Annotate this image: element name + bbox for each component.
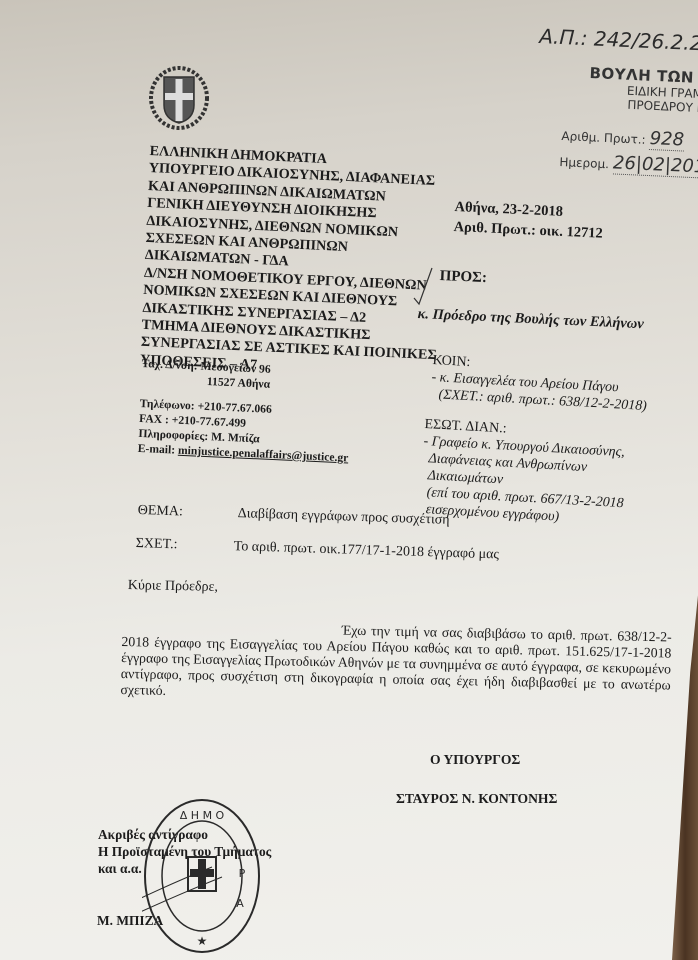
letter-body: Έχω την τιμή να σας διαβιβάσω το αριθ. π… bbox=[120, 618, 672, 710]
internal-distribution-block: ΕΣΩΤ. ΔΙΑΝ.: - Γραφείο κ. Υπουργού Δικαι… bbox=[419, 416, 628, 529]
stamp-protocol-label: Αριθμ. Πρωτ.: bbox=[561, 129, 646, 147]
greek-coat-of-arms-icon bbox=[148, 65, 210, 131]
checkmark-icon bbox=[412, 266, 434, 306]
svg-text:★: ★ bbox=[197, 934, 208, 948]
signature-name: ΣΤΑΥΡΟΣ Ν. ΚΟΝΤΟΝΗΣ bbox=[396, 791, 557, 807]
stamp-date-label: Ημερομ. bbox=[559, 155, 609, 171]
stamp-protocol-value: 928 bbox=[649, 128, 684, 152]
svg-text:Ρ: Ρ bbox=[239, 867, 246, 880]
to-label: ΠΡΟΣ: bbox=[439, 268, 487, 287]
phone-label: Τηλέφωνο: bbox=[140, 397, 195, 412]
svg-text:Δ Η Μ Ο: Δ Η Μ Ο bbox=[180, 809, 225, 822]
svg-text:Α: Α bbox=[236, 897, 244, 910]
body-paragraph: Έχω την τιμή να σας διαβιβάσω το αριθ. π… bbox=[120, 618, 672, 710]
official-seal-icon: Δ Η Μ Ο Ρ Α ★ bbox=[142, 797, 262, 955]
reference-label: ΣΧΕΤ.: bbox=[135, 536, 233, 555]
subject-label: ΘΕΜΑ: bbox=[137, 503, 237, 522]
contact-block: Ταχ. Δ/νση: Μεσογείων 96 11527 Αθήνα Τηλ… bbox=[137, 356, 352, 465]
email-label: E-mail: bbox=[138, 442, 176, 457]
parliament-stamp: ΒΟΥΛΗ ΤΩΝ ΕΛΛΗΝΩΝ ΕΙΔΙΚΗ ΓΡΑΜΜΑΤΕΙΑ ΠΡΟΕ… bbox=[588, 64, 698, 119]
fax-label: FAX : bbox=[139, 412, 169, 426]
salutation: Κύριε Πρόεδρε, bbox=[128, 578, 218, 596]
ministry-header: ΕΛΛΗΝΙΚΗ ΔΗΜΟΚΡΑΤΙΑ ΥΠΟΥΡΓΕΙΟ ΔΙΚΑΙΟΣΥΝΗ… bbox=[140, 143, 446, 382]
signature-title: Ο ΥΠΟΥΡΓΟΣ bbox=[430, 752, 520, 768]
dateline: Αθήνα, 23-2-2018 Αριθ. Πρωτ.: οικ. 12712 bbox=[453, 197, 604, 244]
info-value: Μ. Μπίζα bbox=[211, 430, 260, 445]
address-label: Ταχ. Δ/νση: bbox=[141, 357, 198, 373]
